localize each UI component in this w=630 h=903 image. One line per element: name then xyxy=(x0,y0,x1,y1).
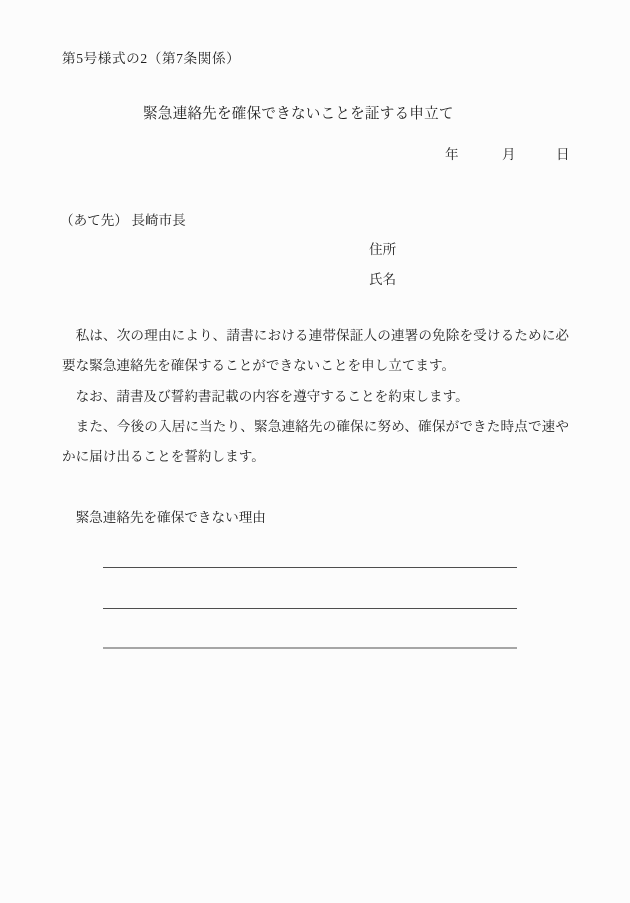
date-month-label: 月 xyxy=(502,148,516,162)
body-paragraph-1: 私は、次の理由により、請書における連帯保証人の連署の免除を受けるために必要な緊急… xyxy=(62,321,569,382)
body-paragraph-3: また、今後の入居に当たり、緊急連絡先の確保に努め、確保ができた時点で速やかに届け… xyxy=(62,412,569,473)
reason-blank-line-2 xyxy=(103,608,517,609)
name-label: 氏名 xyxy=(369,273,396,287)
reason-blank-line-3 xyxy=(103,647,517,649)
body-paragraph-2: なお、請書及び誓約書記載の内容を遵守することを約束します。 xyxy=(62,382,569,412)
address-label: 住所 xyxy=(369,243,396,257)
addressee-line: （あて先） 長崎市長 xyxy=(60,209,186,229)
date-line: 年 月 日 xyxy=(0,148,630,166)
reason-blank-line-1 xyxy=(103,567,517,568)
reason-heading: 緊急連絡先を確保できない理由 xyxy=(62,511,266,526)
document-page: { "document": { "form_number": "第5号様式の2（… xyxy=(0,0,630,903)
date-year-label: 年 xyxy=(445,148,459,162)
date-day-label: 日 xyxy=(556,148,570,162)
form-number: 第5号様式の2（第7条関係） xyxy=(62,47,240,67)
body-text: 私は、次の理由により、請書における連帯保証人の連署の免除を受けるために必要な緊急… xyxy=(62,321,569,472)
document-title: 緊急連絡先を確保できないことを証する申立て xyxy=(143,102,454,123)
